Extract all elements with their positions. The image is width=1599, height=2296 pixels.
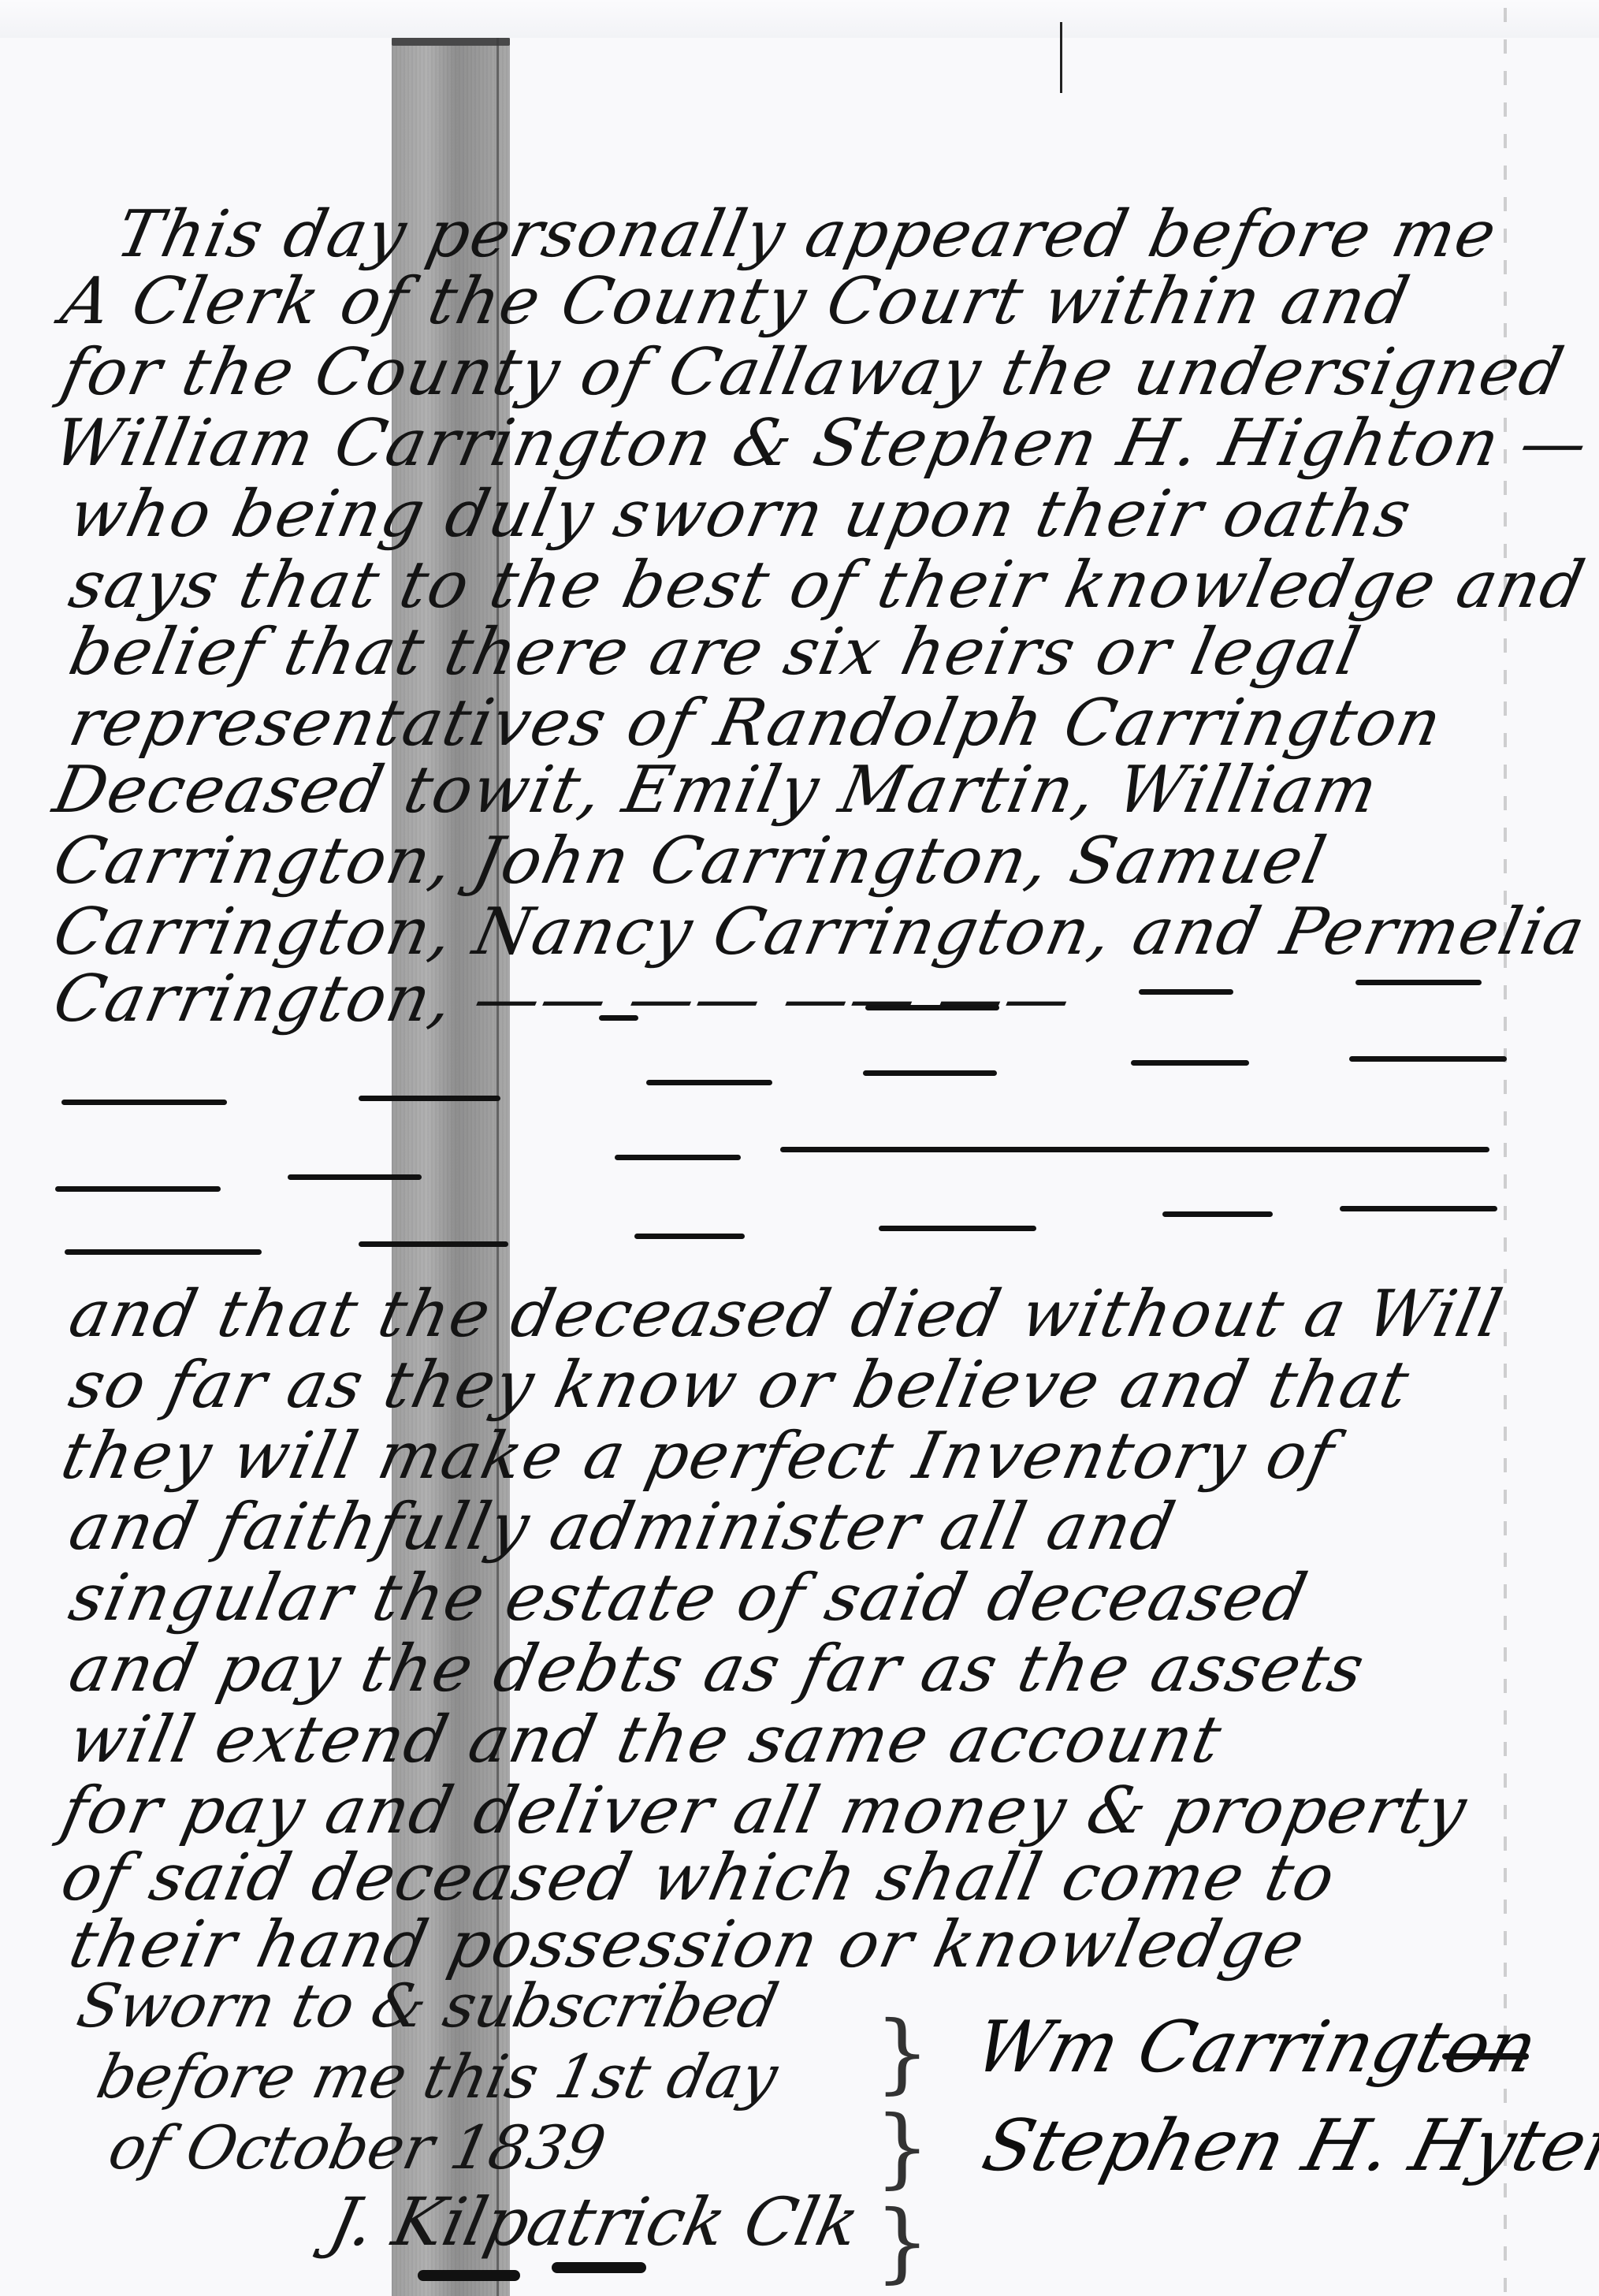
jurat-line-2: before me this 1st day [91,2041,784,2112]
body2-line-8: for pay and deliver all money & property [55,1773,1474,1848]
body2-line-7: will extend and the same account [63,1702,1229,1777]
body-line-3: for the County of Callaway the undersign… [55,335,1571,410]
dash [1139,989,1233,995]
brace-mark: } [875,2097,930,2197]
body-line-7: belief that there are six heirs or legal [63,615,1368,690]
body2-line-5: singular the estate of said deceased [63,1561,1315,1635]
body-line-1: This day personally appeared before me [110,197,1504,272]
body-line-6: says that to the best of their knowledge… [63,548,1592,623]
dash [615,1155,741,1160]
dash [1349,1056,1507,1062]
body2-line-2: so far as they know or believe and that [63,1348,1416,1423]
dash [646,1080,772,1085]
body2-line-3: they will make a perfect Inventory of [55,1419,1341,1494]
dash [65,1249,262,1255]
jurat-line-3: of October 1839 [103,2112,612,2183]
dash [61,1100,227,1105]
body-line-8: representatives of Randolph Carrington [63,686,1449,761]
document-page: This day personally appeared before me A… [0,0,1599,2296]
page-top-margin [0,0,1599,38]
dash [1162,1211,1273,1217]
dash [359,1241,508,1247]
body-line-10: Carrington, John Carrington, Samuel [47,824,1333,899]
dash [863,1070,997,1076]
jurat-line-1: Sworn to & subscribed [72,1970,785,2041]
body-line-11: Carrington, Nancy Carrington, and Permel… [47,895,1593,969]
brace-mark: } [875,2191,930,2292]
clerk-flourish [552,2262,646,2273]
body2-line-4: and faithfully administer all and [63,1490,1183,1565]
body-line-2: A Clerk of the County Court within and [55,264,1417,339]
body-line-5: who being duly sworn upon their oaths [63,477,1419,552]
dash [55,1186,221,1192]
dash [359,1096,500,1101]
dash [1355,980,1482,985]
body2-line-9: of said deceased which shall come to [55,1840,1343,1915]
dash [879,1226,1036,1231]
tape-top-edge [392,38,510,46]
signature-stephen-hyten: Stephen H. Hyten [975,2104,1599,2187]
clerk-signature: J. Kilpatrick Clk [323,2183,866,2261]
dash [780,1147,1489,1152]
dash [1340,1206,1497,1211]
top-margin-mark [1060,22,1062,93]
clerk-flourish [418,2270,520,2281]
body-line-12: Carrington, —— —— —— —— [47,962,1079,1036]
body2-line-6: and pay the debts as far as the assets [63,1632,1372,1706]
signature-wm-carrington: Wm Carrington [967,2006,1545,2089]
signature-underline [1442,2053,1529,2060]
body2-line-1: and that the deceased died without a Wil… [63,1277,1510,1352]
dash [865,1005,999,1010]
dash [1131,1060,1249,1066]
dash [288,1174,422,1180]
brace-mark: } [875,2002,930,2103]
body-line-4: William Carrington & Stephen H. Highton … [47,406,1596,481]
body-line-9: Deceased towit, Emily Martin, William [47,753,1385,828]
dash [599,1015,638,1021]
dash [634,1234,745,1239]
